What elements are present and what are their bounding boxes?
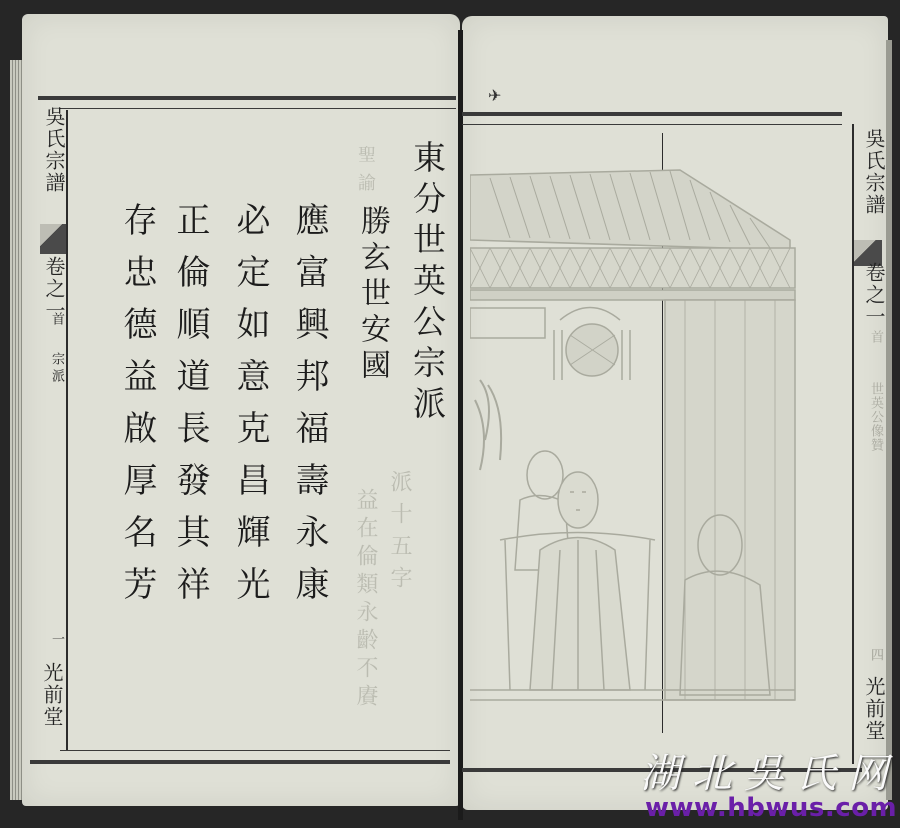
woodblock-portrait-illustration xyxy=(470,130,808,710)
right-volume-label: 卷之一 xyxy=(860,262,889,328)
genealogy-heading: 東分世英公宗派 xyxy=(404,140,451,427)
right-section-mark: 首 xyxy=(866,330,885,347)
book-gutter xyxy=(458,30,463,820)
right-banxin-divider xyxy=(852,124,854,764)
watermark-url[interactable]: www.hbwus.com xyxy=(645,793,897,823)
generation-column-4: 存忠德益啟厚名芳 xyxy=(120,202,154,618)
left-banxin-divider xyxy=(66,110,68,750)
generation-column-2: 必定如意克昌輝光 xyxy=(233,202,267,618)
generation-column-1: 應富興邦福壽永康 xyxy=(292,202,326,618)
left-fishtail-mark xyxy=(40,224,66,254)
left-section-title: 宗派 xyxy=(47,352,66,386)
left-book-title: 吳氏宗譜 xyxy=(40,106,69,194)
right-top-border xyxy=(462,112,842,116)
right-folio-number: 四 xyxy=(866,648,885,665)
left-top-inner-border xyxy=(60,108,456,109)
left-bottom-border xyxy=(30,760,450,764)
watermark-site-name: 湖北吳氏网 xyxy=(640,742,900,799)
left-section-mark: 首 xyxy=(47,312,66,329)
left-top-border xyxy=(38,96,456,100)
show-through-text: 派十五字 xyxy=(384,470,415,598)
right-hall-name: 光前堂 xyxy=(860,676,889,742)
generation-column-3: 正倫順道長發其祥 xyxy=(173,202,207,618)
show-through-text: 益在倫類永齡不賡 xyxy=(350,488,381,712)
right-section-title: 世英公像贊 xyxy=(866,382,885,452)
genealogy-subheading: 勝玄世安國 xyxy=(350,205,394,385)
paper-blemish: ✈ xyxy=(488,86,501,105)
left-bottom-inner-border xyxy=(60,750,450,751)
show-through-text: 聖諭 xyxy=(352,145,378,201)
right-top-inner-border xyxy=(462,124,842,125)
left-folio-number: 一 xyxy=(47,632,66,649)
left-hall-name: 光前堂 xyxy=(38,662,67,728)
right-book-title: 吳氏宗譜 xyxy=(860,128,889,216)
